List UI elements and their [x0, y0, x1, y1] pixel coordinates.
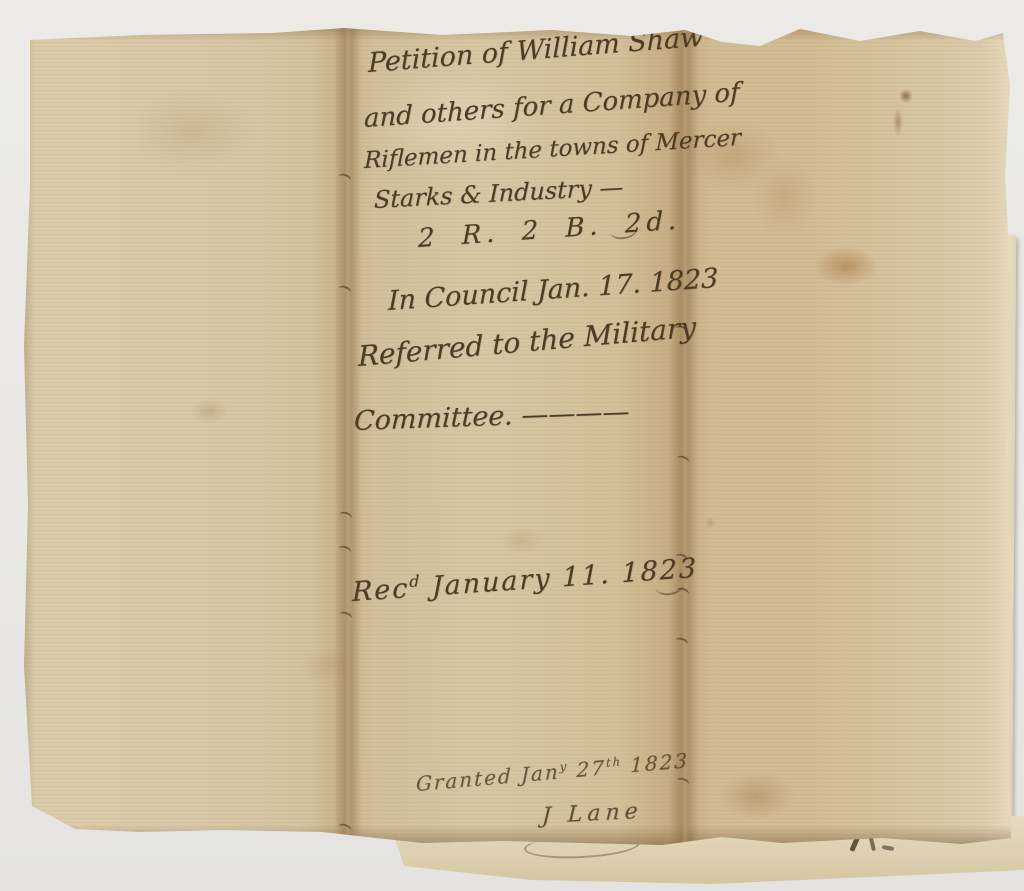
granted-prefix: Granted Jan — [416, 759, 560, 796]
ink-mark — [882, 845, 894, 851]
photo-background: Petition of William Shaw and others for … — [0, 0, 1024, 891]
fold-crease-left — [334, 26, 361, 849]
referred-line-2: Committee. ———— — [353, 396, 629, 437]
granted-superscript-th: th — [606, 754, 622, 769]
received-date-line: Recd January 11. 1823 — [352, 552, 698, 608]
referred-line-1: Referred to the Military — [358, 310, 696, 373]
folded-document: Petition of William Shaw and others for … — [22, 26, 1014, 849]
reading-notation: 2 R. 2 B. 2d. — [418, 206, 681, 254]
docket-title-line-1: Petition of William Shaw — [368, 22, 703, 79]
received-rest: January 11. 1823 — [421, 553, 698, 603]
signature: J Lane — [541, 799, 643, 829]
granted-date-line: Granted Jany 27th 1823 — [416, 748, 689, 796]
received-superscript: d — [409, 571, 421, 591]
granted-superscript-y: y — [560, 759, 569, 774]
docket-title-line-4: Starks & Industry — — [374, 173, 624, 214]
received-prefix: Rec — [352, 573, 409, 608]
granted-day: 27 — [568, 755, 606, 782]
council-date-line: In Council Jan. 17. 1823 — [388, 263, 718, 317]
